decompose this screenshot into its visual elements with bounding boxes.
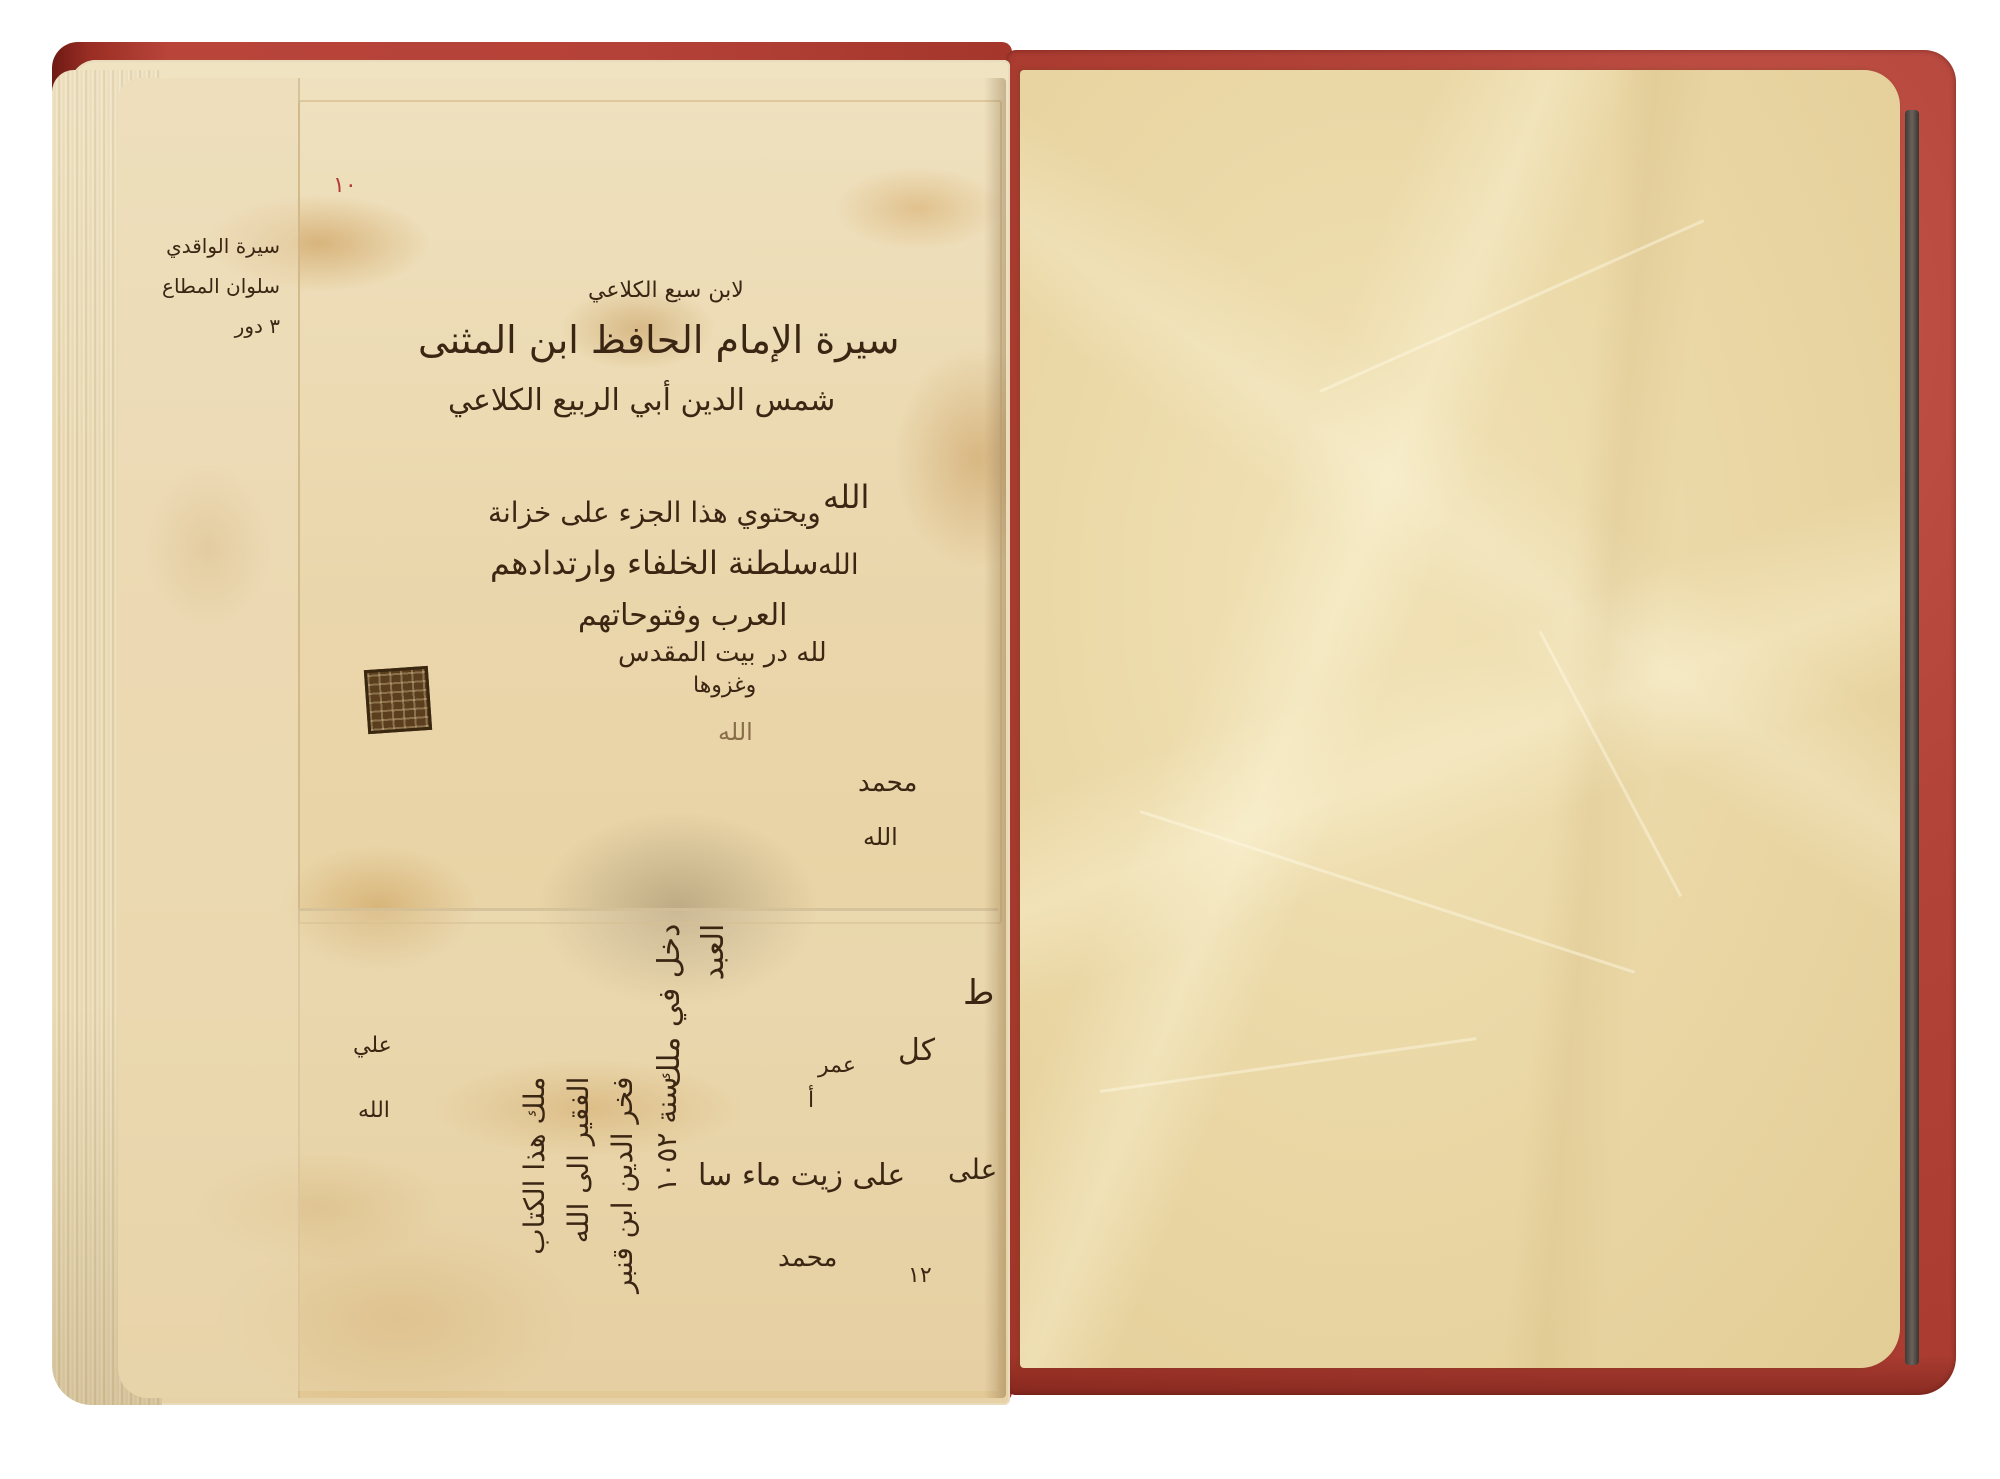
margin-note-line: سلوان المطاع: [170, 266, 280, 306]
ownership-line: العبد: [692, 924, 736, 1088]
contents-line: سلطنة الخلفاء وارتدادهم: [490, 544, 819, 582]
ownership-colophon: ملك هذا الكتاب الفقير الى الله فخر الدين…: [513, 1077, 689, 1293]
paper-crease: [1319, 219, 1704, 393]
colophon-date: سنة ١٠٥٢: [645, 1077, 689, 1293]
faded-invocation: الله: [718, 718, 753, 746]
gutter-shadow: [984, 78, 1006, 1398]
margin-note: سيرة الواقدي سلوان المطاع ٣ دور: [170, 226, 280, 346]
contents-line: لله در بيت المقدس: [618, 638, 827, 668]
marginal-note: على زيت ماء سا: [698, 1158, 905, 1193]
margin-note-line: ٣ دور: [170, 306, 280, 346]
marginal-note: كل: [898, 1033, 935, 1068]
marginal-note: على: [948, 1153, 997, 1186]
colophon-line: فخر الدين ابن قنبر: [601, 1077, 645, 1293]
marginal-note: محمد: [778, 1243, 837, 1273]
cover-board-edge: [1905, 110, 1919, 1365]
marginal-note: الله: [358, 1098, 390, 1123]
marginal-note: عمر: [818, 1053, 856, 1078]
title-line-main: سيرة الإمام الحافظ ابن المثنى: [418, 318, 899, 362]
seal-impression: [364, 666, 432, 734]
paper-crease: [1539, 631, 1682, 897]
red-folio-mark: ١٠: [333, 173, 357, 198]
left-folio: ١٠ سيرة الواقدي سلوان المطاع ٣ دور لابن …: [118, 78, 1006, 1398]
marginal-note: الله: [863, 823, 898, 851]
marginal-note: محمد: [858, 768, 917, 798]
contents-line: وغزوها: [693, 673, 756, 698]
invocation: الله: [823, 478, 869, 516]
paper-crease: [1100, 1037, 1477, 1093]
contents-line: العرب وفتوحاتهم: [578, 598, 788, 633]
marginal-note: ط: [963, 973, 994, 1013]
margin-note-line: سيرة الواقدي: [170, 226, 280, 266]
marginal-note: أ: [808, 1088, 814, 1113]
ownership-line: دخل في ملك: [648, 924, 692, 1088]
paper-crease: [1140, 810, 1635, 974]
colophon-line: الفقير الى الله: [557, 1077, 601, 1293]
ownership-note: دخل في ملك العبد: [648, 924, 736, 1088]
colophon-line: ملك هذا الكتاب: [513, 1077, 557, 1293]
marginal-note: علي: [353, 1033, 392, 1058]
title-line-name: شمس الدين أبي الربيع الكلاعي: [448, 383, 835, 418]
blank-endpaper: [1020, 70, 1900, 1368]
title-line-author: لابن سبع الكلاعي: [588, 278, 744, 303]
contents-line: ويحتوي هذا الجزء على خزانة: [488, 496, 821, 529]
invocation: الله: [818, 548, 859, 581]
marginal-note: ١٢: [908, 1263, 932, 1288]
